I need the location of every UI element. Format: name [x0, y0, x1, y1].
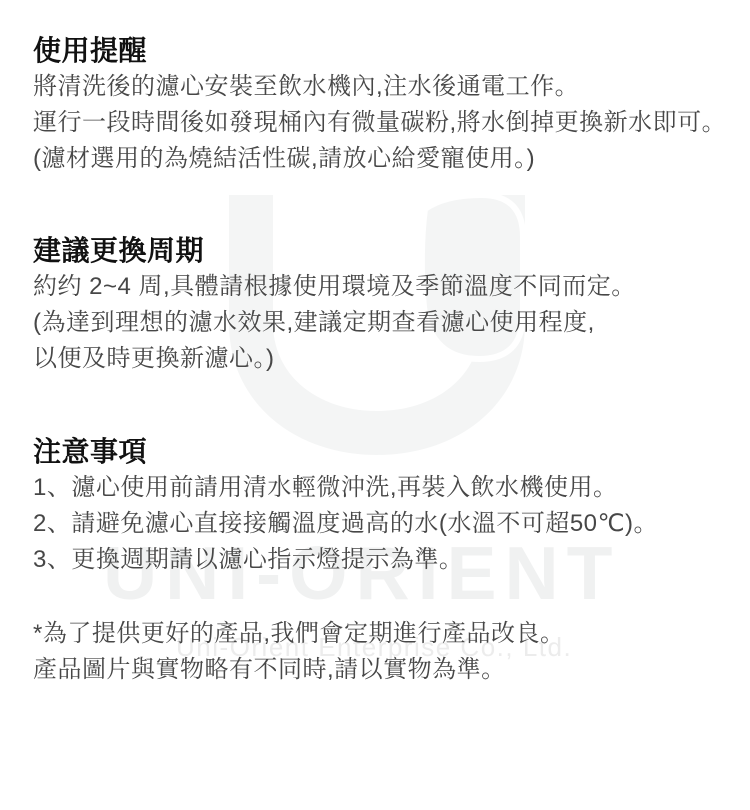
- section-replacement-cycle: 建議更換周期 約约 2~4 周,具體請根據使用環境及季節溫度不同而定。 (為達到…: [33, 233, 732, 377]
- usage-reminder-line: 將清洗後的濾心安裝至飲水機內,注水後通電工作。: [33, 69, 732, 105]
- usage-reminder-line: 運行一段時間後如發現桶內有微量碳粉,將水倒掉更換新水即可。: [33, 105, 732, 141]
- precaution-item: 3、更換週期請以濾心指示燈提示為準。: [33, 542, 732, 578]
- footnote: *為了提供更好的產品,我們會定期進行產品改良。 產品圖片與實物略有不同時,請以實…: [33, 616, 732, 688]
- usage-reminder-heading: 使用提醒: [33, 33, 732, 69]
- precaution-item: 2、請避免濾心直接接觸溫度過高的水(水溫不可超50℃)。: [33, 506, 732, 542]
- replacement-cycle-line: 以便及時更換新濾心。): [33, 341, 732, 377]
- replacement-cycle-heading: 建議更換周期: [33, 233, 732, 269]
- footnote-line: 產品圖片與實物略有不同時,請以實物為準。: [33, 652, 732, 688]
- replacement-cycle-line: 約约 2~4 周,具體請根據使用環境及季節溫度不同而定。: [33, 269, 732, 305]
- precaution-item: 1、濾心使用前請用清水輕微沖洗,再裝入飲水機使用。: [33, 470, 732, 506]
- replacement-cycle-line: (為達到理想的濾水效果,建議定期查看濾心使用程度,: [33, 305, 732, 341]
- footnote-line: *為了提供更好的產品,我們會定期進行產品改良。: [33, 616, 732, 652]
- product-description-page: UNI-ORIENT Uni-Orient Enterprise Co., Lt…: [0, 0, 750, 810]
- content-area: 使用提醒 將清洗後的濾心安裝至飲水機內,注水後通電工作。 運行一段時間後如發現桶…: [0, 0, 750, 688]
- precautions-heading: 注意事項: [33, 434, 732, 470]
- section-precautions: 注意事項 1、濾心使用前請用清水輕微沖洗,再裝入飲水機使用。 2、請避免濾心直接…: [33, 434, 732, 578]
- usage-reminder-line: (濾材選用的為燒結活性碳,請放心給愛寵使用。): [33, 141, 732, 177]
- section-usage-reminder: 使用提醒 將清洗後的濾心安裝至飲水機內,注水後通電工作。 運行一段時間後如發現桶…: [33, 33, 732, 177]
